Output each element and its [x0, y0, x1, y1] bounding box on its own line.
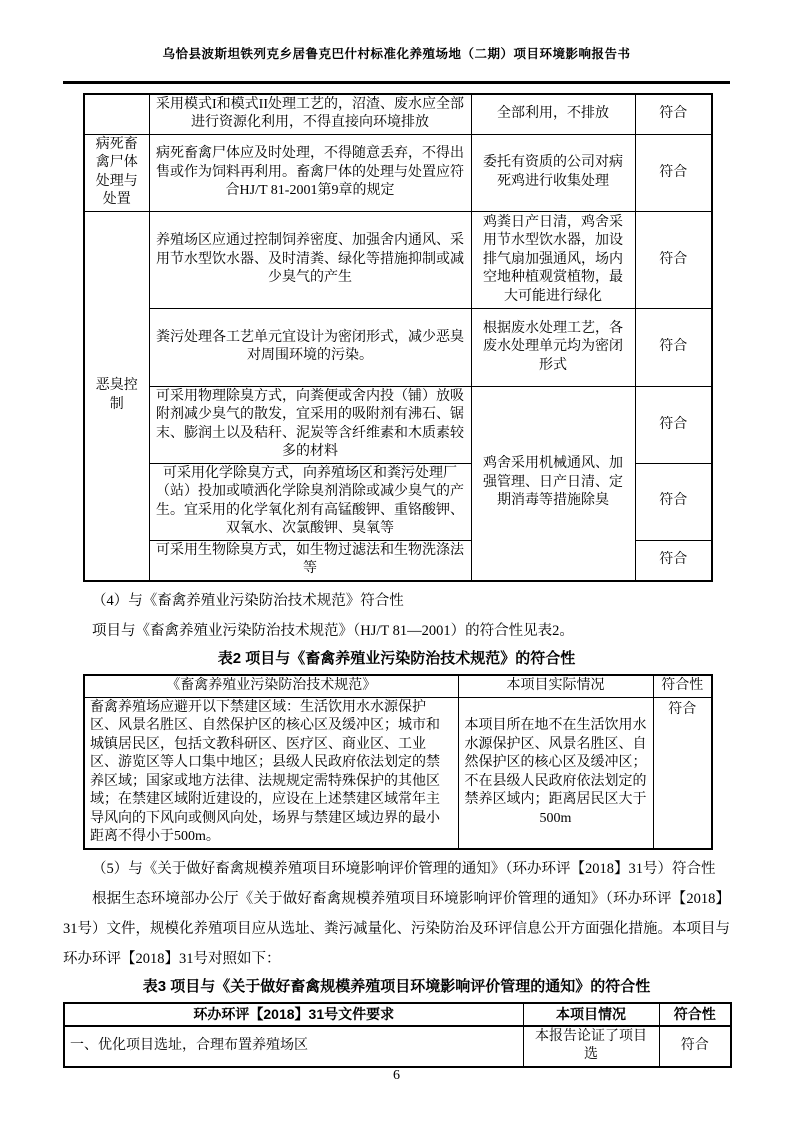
cell-actual-merged: 鸡舍采用机械通风、加强管理、日产日清、定期消毒等措施除臭: [471, 386, 635, 580]
table-row: 采用模式I和模式II处理工艺的，沼渣、废水应全部进行资源化利用，不得直接向环境排…: [84, 94, 712, 134]
table-header-row: 《畜禽养殖业污染防治技术规范》 本项目实际情况 符合性: [84, 675, 712, 698]
cell-requirement: 一、优化项目选址，合理布置养殖场区: [64, 1026, 523, 1067]
cell-category: [84, 94, 149, 134]
cell-actual: 本项目所在地不在生活饮用水水源保护区、风景名胜区、自然保护区的核心区及缓冲区；不…: [458, 698, 653, 849]
table-row: 粪污处理各工艺单元宜设计为密闭形式，减少恶臭对周围环境的污染。 根据废水处理工艺…: [84, 308, 712, 386]
cell-compliance: 符合: [653, 698, 712, 849]
header-compliance: 符合性: [659, 1003, 731, 1026]
table-row: 一、优化项目选址，合理布置养殖场区 本报告论证了项目选 符合: [64, 1026, 731, 1067]
cell-compliance: 符合: [659, 1026, 731, 1067]
cell-requirement: 粪污处理各工艺单元宜设计为密闭形式，减少恶臭对周围环境的污染。: [149, 308, 471, 386]
compliance-table-3: 环办环评【2018】31号文件要求 本项目情况 符合性 一、优化项目选址，合理布…: [63, 1002, 732, 1068]
header-regulation: 《畜禽养殖业污染防治技术规范》: [84, 675, 458, 698]
table-header-row: 环办环评【2018】31号文件要求 本项目情况 符合性: [64, 1003, 731, 1026]
table-row: 可采用物理除臭方式，向粪便或舍内投（铺）放吸附剂减少臭气的散发，宜采用的吸附剂有…: [84, 386, 712, 463]
cell-actual: 鸡粪日产日清，鸡舍采用节水型饮水器，加设排气扇加强通风，场内空地种植观赏植物，最…: [471, 211, 635, 308]
cell-compliance: 符合: [635, 94, 712, 134]
table3-title: 表3 项目与《关于做好畜禽规模养殖项目环境影响评价管理的通知》的符合性: [63, 974, 730, 1000]
cell-compliance: 符合: [635, 134, 712, 211]
compliance-table-2: 《畜禽养殖业污染防治技术规范》 本项目实际情况 符合性 畜禽养殖场应避开以下禁建…: [83, 674, 713, 850]
compliance-table-continued: 采用模式I和模式II处理工艺的，沼渣、废水应全部进行资源化利用，不得直接向环境排…: [83, 93, 713, 582]
cell-compliance: 符合: [635, 540, 712, 580]
section-4-body: 项目与《畜禽养殖业污染防治技术规范》（HJ/T 81—2001）的符合性见表2。: [63, 616, 730, 646]
document-page: 乌恰县波斯坦铁列克乡居鲁克巴什村标准化养殖场地（二期）项目环境影响报告书 采用模…: [0, 0, 793, 1122]
header-requirement: 环办环评【2018】31号文件要求: [64, 1003, 523, 1026]
cell-actual: 全部利用，不排放: [471, 94, 635, 134]
cell-requirement: 畜禽养殖场应避开以下禁建区域：生活饮用水水源保护区、风景名胜区、自然保护区的核心…: [84, 698, 458, 849]
doc-header-title: 乌恰县波斯坦铁列克乡居鲁克巴什村标准化养殖场地（二期）项目环境影响报告书: [63, 44, 730, 64]
section-5-body: 根据生态环境部办公厅《关于做好畜禽规模养殖项目环境影响评价管理的通知》（环办环评…: [63, 884, 730, 974]
table-row: 恶臭控制 养殖场区应通过控制饲养密度、加强舍内通风、采用节水型饮水器、及时清粪、…: [84, 211, 712, 308]
cell-requirement: 可采用化学除臭方式，向养殖场区和粪污处理厂（站）投加或喷洒化学除臭剂消除或减少臭…: [149, 463, 471, 540]
section-4-heading: （4）与《畜禽养殖业污染防治技术规范》符合性: [63, 586, 730, 616]
page-number: 6: [0, 1068, 793, 1084]
table-row: 畜禽养殖场应避开以下禁建区域：生活饮用水水源保护区、风景名胜区、自然保护区的核心…: [84, 698, 712, 849]
cell-compliance: 符合: [635, 211, 712, 308]
cell-actual: 委托有资质的公司对病死鸡进行收集处理: [471, 134, 635, 211]
cell-compliance: 符合: [635, 308, 712, 386]
header-compliance: 符合性: [653, 675, 712, 698]
table-row: 病死畜禽尸体处理与处置 病死畜禽尸体应及时处理，不得随意丢弃，不得出售或作为饲料…: [84, 134, 712, 211]
cell-compliance: 符合: [635, 386, 712, 463]
cell-requirement: 可采用生物除臭方式，如生物过滤法和生物洗涤法等: [149, 540, 471, 580]
table2-title: 表2 项目与《畜禽养殖业污染防治技术规范》的符合性: [63, 646, 730, 672]
section-5-heading: （5）与《关于做好畜禽规模养殖项目环境影响评价管理的通知》（环办环评【2018】…: [63, 854, 730, 884]
cell-actual: 根据废水处理工艺，各废水处理单元均为密闭形式: [471, 308, 635, 386]
header-actual: 本项目实际情况: [458, 675, 653, 698]
cell-actual: 本报告论证了项目选: [523, 1026, 659, 1067]
header-actual: 本项目情况: [523, 1003, 659, 1026]
header-divider: [63, 81, 730, 84]
cell-requirement: 病死畜禽尸体应及时处理，不得随意丢弃，不得出售或作为饲料再利用。畜禽尸体的处理与…: [149, 134, 471, 211]
cell-requirement: 养殖场区应通过控制饲养密度、加强舍内通风、采用节水型饮水器、及时清粪、绿化等措施…: [149, 211, 471, 308]
cell-requirement: 采用模式I和模式II处理工艺的，沼渣、废水应全部进行资源化利用，不得直接向环境排…: [149, 94, 471, 134]
cell-requirement: 可采用物理除臭方式，向粪便或舍内投（铺）放吸附剂减少臭气的散发，宜采用的吸附剂有…: [149, 386, 471, 463]
cell-category: 病死畜禽尸体处理与处置: [84, 134, 149, 211]
cell-compliance: 符合: [635, 463, 712, 540]
cell-category-odour-control: 恶臭控制: [84, 211, 149, 580]
